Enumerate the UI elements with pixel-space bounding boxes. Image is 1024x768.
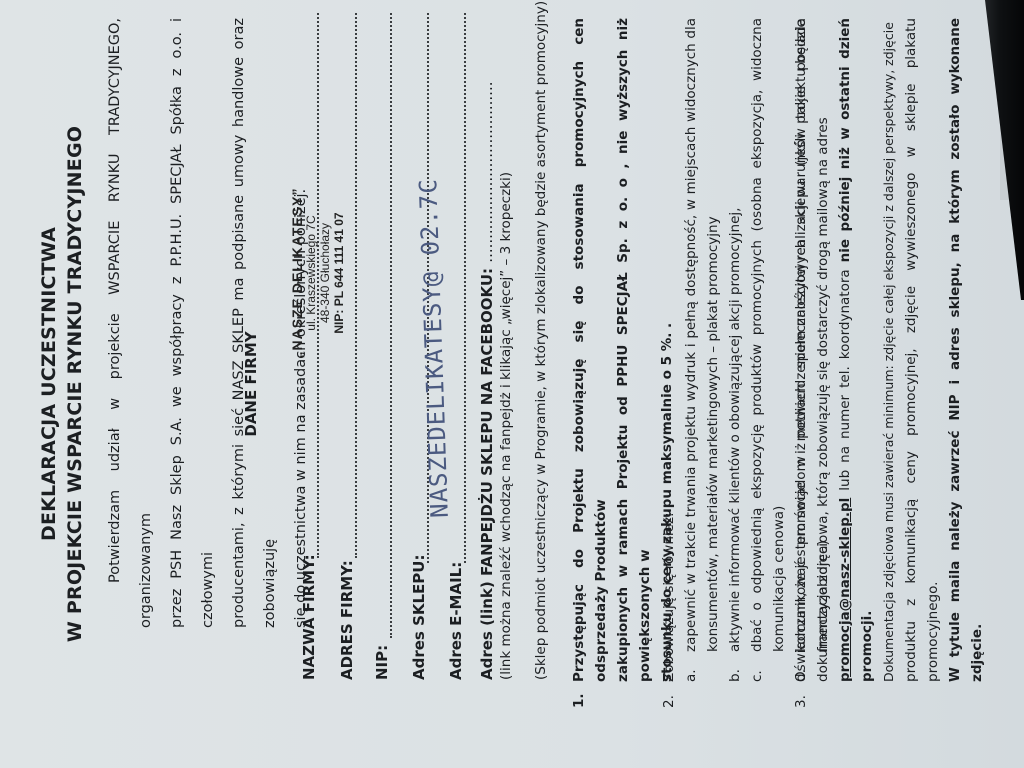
item-2-intro: Zobowiązuję się również:: [658, 18, 680, 682]
company-name-label: NAZWA FIRMY:: [300, 554, 318, 680]
document-subtitle: W PROJEKCIE WSPARCIE RYNKU TRADYCYJNEGO: [64, 0, 86, 768]
company-stamp: „NASZE DELIKATESY” ul. Kraszewskiego 7C …: [290, 173, 346, 373]
shop-note: (Sklep podmiot uczestniczący w Programie…: [533, 1, 549, 680]
email-field[interactable]: [464, 13, 466, 563]
sub-item-c: c. dbać o odpowiednią ekspozycję produkt…: [746, 18, 790, 682]
company-address-label: ADRES FIRMY:: [338, 560, 356, 680]
document-title: DEKLARACJA UCZESTNICTWA: [38, 0, 60, 768]
stamp-nip: NIP: PL 644 111 41 07: [332, 173, 346, 373]
intro-paragraph: Potwierdzam udział w projekcie WSPARCIE …: [100, 18, 317, 628]
item-3-line-3: promocja@nasz-sklep.pl lub na numer tel.…: [834, 18, 878, 682]
intro-line-2: przez PSH Nasz Sklep S.A. we współpracy …: [162, 18, 224, 628]
sub-letter: a.: [680, 669, 702, 682]
item-3-line-4: Dokumentacja zdjęciowa musi zawierać min…: [878, 18, 900, 682]
facebook-fanpage-label: Adres (link) FANPEJDŻU SKLEPU NA FACEBOO…: [478, 82, 496, 680]
company-address-field[interactable]: [355, 13, 357, 558]
nip-label: NIP:: [373, 645, 391, 680]
facebook-note: (link można znaleźć wchodząc na fanpejdż…: [498, 172, 514, 680]
item-1-line-1: Przystępując do Projektu zobowiązuję się…: [568, 18, 612, 682]
promo-email-link[interactable]: promocja@nasz-sklep.pl: [837, 498, 853, 682]
list-item-3: 3. Oświadczam, że jestem świadom iż potw…: [790, 18, 988, 708]
sub-letter: b.: [724, 669, 746, 682]
item-3-line-1: Oświadczam, że jestem świadom iż potwier…: [790, 18, 812, 682]
item-number: 1.: [568, 693, 590, 708]
sub-item-a: a. zapewnić w trakcie trwania projektu w…: [680, 18, 724, 682]
item-3-line-2: dokumentacja zdjęciowa, którą zobowiązuj…: [812, 18, 834, 682]
item-number: 3.: [790, 695, 812, 708]
declaration-page: DEKLARACJA UCZESTNICTWA W PROJEKCIE WSPA…: [0, 0, 1024, 768]
sub-text: dbać o odpowiednią ekspozycję produktów …: [746, 18, 790, 652]
item-3-line-3-text: lub na numer tel. koordynatora: [837, 262, 853, 497]
nip-field[interactable]: [390, 13, 392, 638]
sub-text: zapewnić w trakcie trwania projektu wydr…: [680, 18, 724, 652]
stamp-company-name: „NASZE DELIKATESY”: [290, 173, 304, 373]
email-label: Adres E-MAIL:: [447, 562, 465, 680]
item-3-line-5: produktu z komunikacją ceny promocyjnej,…: [900, 18, 944, 682]
facebook-fanpage-field[interactable]: ......................................: [478, 82, 496, 263]
stamp-city: 48-340 Głuchołazy: [318, 173, 332, 373]
item-3-line-6: W tytule maila należy zawrzeć NIP i adre…: [944, 18, 988, 682]
sub-text: aktywnie informować klientów o obowiązuj…: [724, 18, 746, 652]
stamp-street: ul. Kraszewskiego 7C: [304, 173, 318, 373]
item-1-line-2: zakupionych w ramach Projektu od PPHU SP…: [612, 18, 656, 682]
handwritten-email: NASZEDELIKATESY@ 02.7C: [414, 178, 454, 519]
intro-line-1: Potwierdzam udział w projekcie WSPARCIE …: [100, 18, 162, 628]
item-number: 2.: [658, 695, 680, 708]
section-title-company-data: DANE FIRMY: [242, 0, 260, 768]
sub-item-b: b. aktywnie informować klientów o obowią…: [724, 18, 746, 682]
shop-address-label: Adres SKLEPU:: [410, 555, 428, 680]
sub-letter: c.: [746, 670, 768, 682]
